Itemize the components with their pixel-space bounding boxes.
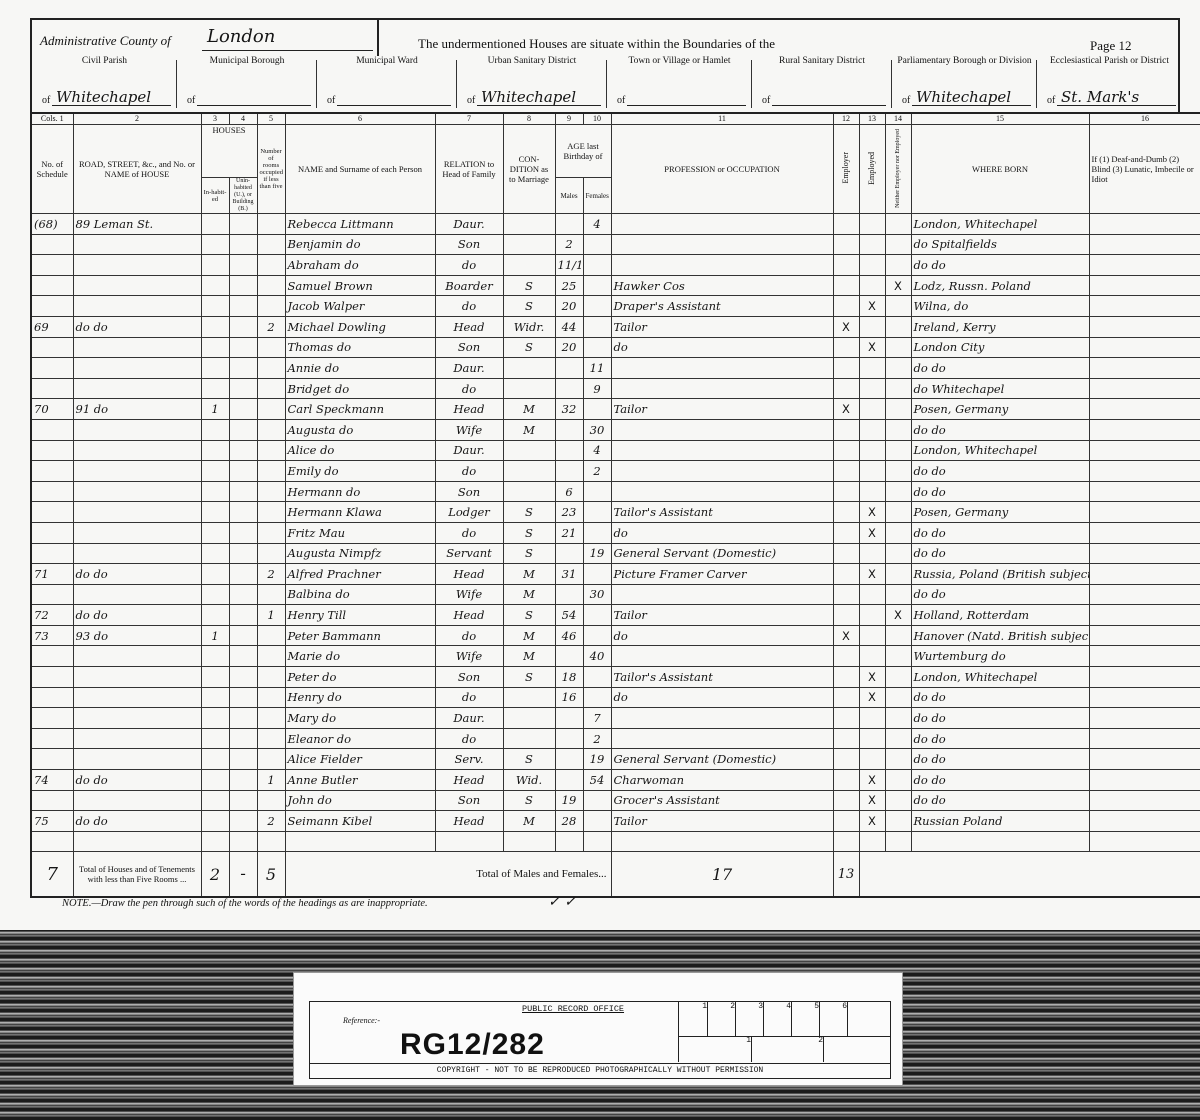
cell-road <box>73 708 201 729</box>
total-houses-label: Total of Houses and of Tenements with le… <box>73 852 201 898</box>
cell-born: Ireland, Kerry <box>911 316 1089 337</box>
cell-uninhabited <box>229 214 257 235</box>
cell-name: Augusta Nimpfz <box>285 543 435 564</box>
cell-schedule <box>31 358 73 379</box>
cell-born: do do <box>911 461 1089 482</box>
cell-female-age: 40 <box>583 646 611 667</box>
heading-infirmity: If (1) Deaf-and-Dumb (2) Blind (3) Lunat… <box>1089 125 1200 214</box>
cell-occupation: do <box>611 625 833 646</box>
cell-uninhabited <box>229 399 257 420</box>
cell-inhabited: 1 <box>201 625 229 646</box>
cell-occupation: General Servant (Domestic) <box>611 749 833 770</box>
cell-male-age: 23 <box>555 502 583 523</box>
census-table: Cols. 12345 678910 111213141516 No. of S… <box>30 112 1200 898</box>
cell-inhabited <box>201 708 229 729</box>
cell-employed: X <box>859 337 885 358</box>
cell-female-age <box>583 255 611 276</box>
table-row: Thomas doSonS20doXLondon City <box>31 337 1200 358</box>
column-headings: No. of Schedule ROAD, STREET, &c., and N… <box>31 125 1200 178</box>
cell-neither <box>885 316 911 337</box>
cell-uninhabited <box>229 790 257 811</box>
cell-born: do do <box>911 543 1089 564</box>
cell-infirmity <box>1089 831 1200 852</box>
table-row: John doSonS19Grocer's AssistantXdo do <box>31 790 1200 811</box>
cell-uninhabited <box>229 461 257 482</box>
cell-infirmity <box>1089 275 1200 296</box>
county-box: Administrative County of London <box>30 18 379 56</box>
cell-name <box>285 831 435 852</box>
heading-females: Females <box>583 178 611 214</box>
cell-road <box>73 378 201 399</box>
cell-inhabited <box>201 214 229 235</box>
cell-born: London, Whitechapel <box>911 214 1089 235</box>
cell-occupation <box>611 255 833 276</box>
heading-males: Males <box>555 178 583 214</box>
cell-uninhabited <box>229 358 257 379</box>
cell-employer <box>833 728 859 749</box>
copyright-notice: COPYRIGHT - NOT TO BE REPRODUCED PHOTOGR… <box>310 1063 890 1078</box>
cell-neither: X <box>885 275 911 296</box>
cell-relation: Head <box>435 605 503 626</box>
cell-infirmity <box>1089 522 1200 543</box>
cell-uninhabited <box>229 234 257 255</box>
cell-employed: X <box>859 687 885 708</box>
cell-male-age <box>555 461 583 482</box>
cell-infirmity <box>1089 234 1200 255</box>
cell-relation: do <box>435 728 503 749</box>
cell-inhabited <box>201 770 229 791</box>
cell-rooms <box>257 584 285 605</box>
cell-neither <box>885 646 911 667</box>
cell-condition: Widr. <box>503 316 555 337</box>
table-row: 71do do2Alfred PrachnerHeadM31Picture Fr… <box>31 564 1200 585</box>
cell-rooms <box>257 378 285 399</box>
table-row: Abraham dodo11/12do do <box>31 255 1200 276</box>
cell-relation: do <box>435 296 503 317</box>
cell-occupation <box>611 419 833 440</box>
cell-road <box>73 440 201 461</box>
cell-inhabited <box>201 378 229 399</box>
cell-rooms <box>257 646 285 667</box>
cell-neither <box>885 687 911 708</box>
cell-relation: do <box>435 687 503 708</box>
cell-occupation <box>611 584 833 605</box>
cell-occupation: do <box>611 522 833 543</box>
cell-relation: Son <box>435 481 503 502</box>
cell-inhabited: 1 <box>201 399 229 420</box>
cell-uninhabited <box>229 255 257 276</box>
cell-male-age <box>555 543 583 564</box>
cell-employer <box>833 358 859 379</box>
cell-neither <box>885 481 911 502</box>
cell-schedule: 74 <box>31 770 73 791</box>
cell-rooms <box>257 399 285 420</box>
cell-rooms <box>257 419 285 440</box>
table-row: Hermann doSon6do do <box>31 481 1200 502</box>
cell-uninhabited <box>229 831 257 852</box>
cell-inhabited <box>201 234 229 255</box>
cell-condition: S <box>503 522 555 543</box>
cell-male-age: 32 <box>555 399 583 420</box>
cell-name: Eleanor do <box>285 728 435 749</box>
cell-schedule <box>31 646 73 667</box>
cell-schedule <box>31 687 73 708</box>
cell-infirmity <box>1089 399 1200 420</box>
total-inhabited: 2 <box>201 852 229 898</box>
cell-road: do do <box>73 811 201 832</box>
cell-inhabited <box>201 584 229 605</box>
cell-female-age: 2 <box>583 461 611 482</box>
cell-born: London, Whitechapel <box>911 667 1089 688</box>
cell-born: London City <box>911 337 1089 358</box>
cell-condition: S <box>503 275 555 296</box>
cell-condition <box>503 708 555 729</box>
cell-male-age: 20 <box>555 296 583 317</box>
cell-employed <box>859 543 885 564</box>
table-row: Benjamin doSon2do Spitalfields <box>31 234 1200 255</box>
cell-neither <box>885 770 911 791</box>
cell-employed: X <box>859 564 885 585</box>
cell-name: Thomas do <box>285 337 435 358</box>
cell-rooms <box>257 255 285 276</box>
cell-schedule <box>31 543 73 564</box>
cell-schedule <box>31 728 73 749</box>
cell-employed <box>859 481 885 502</box>
table-row: 75do do2Seimann KibelHeadM28TailorXRussi… <box>31 811 1200 832</box>
field-rural-sanitary: Rural Sanitary Districtof <box>752 54 892 112</box>
cell-uninhabited <box>229 543 257 564</box>
cell-condition <box>503 358 555 379</box>
cell-born: do do <box>911 255 1089 276</box>
total-persons-label: Total of Males and Females... <box>285 852 611 898</box>
cell-condition <box>503 378 555 399</box>
cell-relation: Lodger <box>435 502 503 523</box>
check-marks: ✓ ✓ <box>548 894 576 910</box>
cell-occupation <box>611 214 833 235</box>
table-row: Samuel BrownBoarderS25Hawker CosXLodz, R… <box>31 275 1200 296</box>
cell-relation: do <box>435 378 503 399</box>
cell-schedule <box>31 296 73 317</box>
cell-born: London, Whitechapel <box>911 440 1089 461</box>
cell-infirmity <box>1089 255 1200 276</box>
cell-born: do do <box>911 481 1089 502</box>
cell-employer <box>833 481 859 502</box>
cell-female-age <box>583 522 611 543</box>
cell-inhabited <box>201 296 229 317</box>
cell-rooms <box>257 440 285 461</box>
cell-rooms <box>257 790 285 811</box>
cell-inhabited <box>201 667 229 688</box>
cell-road <box>73 358 201 379</box>
heading-neither: Neither Employer nor Employed <box>885 125 911 214</box>
cell-male-age <box>555 708 583 729</box>
heading-houses: HOUSES <box>201 125 257 178</box>
cell-relation: Head <box>435 770 503 791</box>
cell-name: Carl Speckmann <box>285 399 435 420</box>
field-ecclesiastical: Ecclesiastical Parish or DistrictofSt. M… <box>1037 54 1182 112</box>
cell-employed <box>859 708 885 729</box>
cell-employed <box>859 440 885 461</box>
cell-female-age <box>583 667 611 688</box>
cell-female-age <box>583 502 611 523</box>
cell-male-age <box>555 770 583 791</box>
cell-uninhabited <box>229 502 257 523</box>
table-row: Mary doDaur.7do do <box>31 708 1200 729</box>
cell-neither <box>885 255 911 276</box>
cell-schedule <box>31 708 73 729</box>
cell-male-age <box>555 584 583 605</box>
cell-name: Rebecca Littmann <box>285 214 435 235</box>
cell-schedule <box>31 831 73 852</box>
cell-employer <box>833 831 859 852</box>
cell-occupation <box>611 728 833 749</box>
cell-male-age <box>555 214 583 235</box>
cell-neither <box>885 728 911 749</box>
cell-male-age: 28 <box>555 811 583 832</box>
cell-occupation: Tailor <box>611 605 833 626</box>
cell-born: do do <box>911 770 1089 791</box>
footnote: NOTE.—Draw the pen through such of the w… <box>62 898 428 909</box>
cell-name: Peter do <box>285 667 435 688</box>
cell-name: Henry Till <box>285 605 435 626</box>
cell-condition: M <box>503 646 555 667</box>
cell-schedule <box>31 419 73 440</box>
page-number: Page 12 <box>1090 38 1132 54</box>
cell-condition: S <box>503 337 555 358</box>
cell-infirmity <box>1089 625 1200 646</box>
cell-infirmity <box>1089 316 1200 337</box>
cell-uninhabited <box>229 770 257 791</box>
table-row: Bridget dodo9do Whitechapel <box>31 378 1200 399</box>
table-row: Jacob WalperdoS20Draper's AssistantXWiln… <box>31 296 1200 317</box>
cell-employer: X <box>833 399 859 420</box>
cell-name: Hermann Klawa <box>285 502 435 523</box>
field-municipal-ward: Municipal Wardof <box>317 54 457 112</box>
cell-employed <box>859 461 885 482</box>
cell-name: Benjamin do <box>285 234 435 255</box>
cell-born: do do <box>911 584 1089 605</box>
heading-born: WHERE BORN <box>911 125 1089 214</box>
cell-employer <box>833 419 859 440</box>
cell-rooms <box>257 461 285 482</box>
cell-female-age: 19 <box>583 749 611 770</box>
cell-relation: Daur. <box>435 358 503 379</box>
cell-born: do Whitechapel <box>911 378 1089 399</box>
census-page: Administrative County of London The unde… <box>0 0 1200 930</box>
cell-condition: S <box>503 605 555 626</box>
cell-occupation: Tailor <box>611 316 833 337</box>
cell-road <box>73 667 201 688</box>
cell-infirmity <box>1089 543 1200 564</box>
cell-schedule: 72 <box>31 605 73 626</box>
cell-schedule <box>31 502 73 523</box>
cell-condition: S <box>503 296 555 317</box>
cell-road <box>73 728 201 749</box>
cell-employer: X <box>833 625 859 646</box>
cell-infirmity <box>1089 296 1200 317</box>
table-row: 74do do1Anne ButlerHeadWid.54CharwomanXd… <box>31 770 1200 791</box>
cell-uninhabited <box>229 296 257 317</box>
cell-male-age <box>555 749 583 770</box>
cell-male-age: 20 <box>555 337 583 358</box>
cell-name: Michael Dowling <box>285 316 435 337</box>
totals-row: 7 Total of Houses and of Tenements with … <box>31 852 1200 898</box>
heading-uninhabited: Unin-habited (U.), or Building (B.) <box>229 178 257 214</box>
cell-female-age <box>583 399 611 420</box>
table-row: Balbina doWifeM30do do <box>31 584 1200 605</box>
cell-female-age: 54 <box>583 770 611 791</box>
cell-rooms <box>257 667 285 688</box>
cell-name: Bridget do <box>285 378 435 399</box>
cell-condition <box>503 481 555 502</box>
cell-occupation: Picture Framer Carver <box>611 564 833 585</box>
cell-road <box>73 790 201 811</box>
cell-born: do Spitalfields <box>911 234 1089 255</box>
cell-employer <box>833 214 859 235</box>
cell-road: do do <box>73 564 201 585</box>
cell-employer <box>833 440 859 461</box>
cell-infirmity <box>1089 481 1200 502</box>
cell-employer <box>833 337 859 358</box>
field-urban-sanitary: Urban Sanitary DistrictofWhitechapel <box>457 54 607 112</box>
cell-employed <box>859 646 885 667</box>
cell-schedule <box>31 461 73 482</box>
cell-infirmity <box>1089 461 1200 482</box>
cell-infirmity <box>1089 358 1200 379</box>
cell-rooms <box>257 831 285 852</box>
cell-neither <box>885 790 911 811</box>
cell-schedule <box>31 378 73 399</box>
cell-female-age <box>583 625 611 646</box>
cell-female-age <box>583 790 611 811</box>
cell-schedule <box>31 440 73 461</box>
cell-male-age <box>555 419 583 440</box>
census-rows: (68)89 Leman St.Rebecca LittmannDaur.4Lo… <box>31 214 1200 852</box>
cell-male-age: 2 <box>555 234 583 255</box>
cell-road <box>73 646 201 667</box>
cell-road: 91 do <box>73 399 201 420</box>
cell-female-age: 11 <box>583 358 611 379</box>
cell-name: Henry do <box>285 687 435 708</box>
cell-neither <box>885 461 911 482</box>
cell-born: Holland, Rotterdam <box>911 605 1089 626</box>
cell-uninhabited <box>229 275 257 296</box>
cell-infirmity <box>1089 749 1200 770</box>
cell-employed: X <box>859 667 885 688</box>
cell-employer <box>833 749 859 770</box>
cell-born: do do <box>911 358 1089 379</box>
cell-employed <box>859 399 885 420</box>
cell-employer <box>833 708 859 729</box>
cell-rooms <box>257 749 285 770</box>
cell-employer <box>833 461 859 482</box>
cell-road: 89 Leman St. <box>73 214 201 235</box>
cell-schedule <box>31 255 73 276</box>
cell-road: do do <box>73 770 201 791</box>
total-schedules: 7 <box>31 852 73 898</box>
cell-relation: Son <box>435 790 503 811</box>
cell-rooms <box>257 481 285 502</box>
cell-relation: do <box>435 461 503 482</box>
cell-infirmity <box>1089 419 1200 440</box>
cell-employed <box>859 728 885 749</box>
cell-employer <box>833 378 859 399</box>
cell-male-age <box>555 358 583 379</box>
cell-rooms <box>257 728 285 749</box>
cell-inhabited <box>201 811 229 832</box>
cell-schedule <box>31 275 73 296</box>
cell-inhabited <box>201 564 229 585</box>
cell-rooms <box>257 275 285 296</box>
cell-inhabited <box>201 419 229 440</box>
cell-male-age <box>555 646 583 667</box>
table-row: 7393 do1Peter BammanndoM46doXHanover (Na… <box>31 625 1200 646</box>
cell-neither <box>885 584 911 605</box>
cell-employed <box>859 625 885 646</box>
cell-born: Hanover (Natd. British subject) <box>911 625 1089 646</box>
cell-road <box>73 481 201 502</box>
reference-label: Reference:- <box>343 1016 380 1025</box>
cell-infirmity <box>1089 646 1200 667</box>
cell-employer <box>833 543 859 564</box>
cell-condition <box>503 687 555 708</box>
cell-rooms <box>257 296 285 317</box>
cell-male-age: 54 <box>555 605 583 626</box>
cell-inhabited <box>201 502 229 523</box>
table-row: Hermann KlawaLodgerS23Tailor's Assistant… <box>31 502 1200 523</box>
cell-uninhabited <box>229 646 257 667</box>
cell-condition: M <box>503 625 555 646</box>
cell-rooms <box>257 214 285 235</box>
field-civil-parish: Civil ParishofWhitechapel <box>32 54 177 112</box>
cell-name: Annie do <box>285 358 435 379</box>
cell-relation <box>435 831 503 852</box>
cell-occupation: Hawker Cos <box>611 275 833 296</box>
cell-rooms <box>257 687 285 708</box>
heading-rooms: Number of rooms occupied if less than fi… <box>257 125 285 214</box>
cell-employer: X <box>833 316 859 337</box>
cell-neither <box>885 667 911 688</box>
cell-schedule <box>31 234 73 255</box>
cell-condition: S <box>503 502 555 523</box>
cell-occupation: do <box>611 337 833 358</box>
cell-inhabited <box>201 358 229 379</box>
cell-female-age <box>583 831 611 852</box>
cell-employer <box>833 687 859 708</box>
cell-infirmity <box>1089 584 1200 605</box>
table-row: Fritz MaudoS21doXdo do <box>31 522 1200 543</box>
heading-relation: RELATION to Head of Family <box>435 125 503 214</box>
measurement-scale: 1 2 3 4 5 6 1 2 <box>678 1002 890 1062</box>
cell-relation: Son <box>435 337 503 358</box>
heading-schedule: No. of Schedule <box>31 125 73 214</box>
heading-employed: Employed <box>859 125 885 214</box>
cell-employed <box>859 605 885 626</box>
cell-road <box>73 543 201 564</box>
cell-born: do do <box>911 522 1089 543</box>
cell-employed <box>859 234 885 255</box>
cell-name: John do <box>285 790 435 811</box>
cell-condition <box>503 214 555 235</box>
county-label: Administrative County of <box>40 33 171 49</box>
cell-neither: X <box>885 605 911 626</box>
cell-female-age: 4 <box>583 214 611 235</box>
cell-road <box>73 749 201 770</box>
cell-born: Wurtemburg do <box>911 646 1089 667</box>
cell-condition: M <box>503 584 555 605</box>
cell-name: Augusta do <box>285 419 435 440</box>
cell-employed <box>859 275 885 296</box>
